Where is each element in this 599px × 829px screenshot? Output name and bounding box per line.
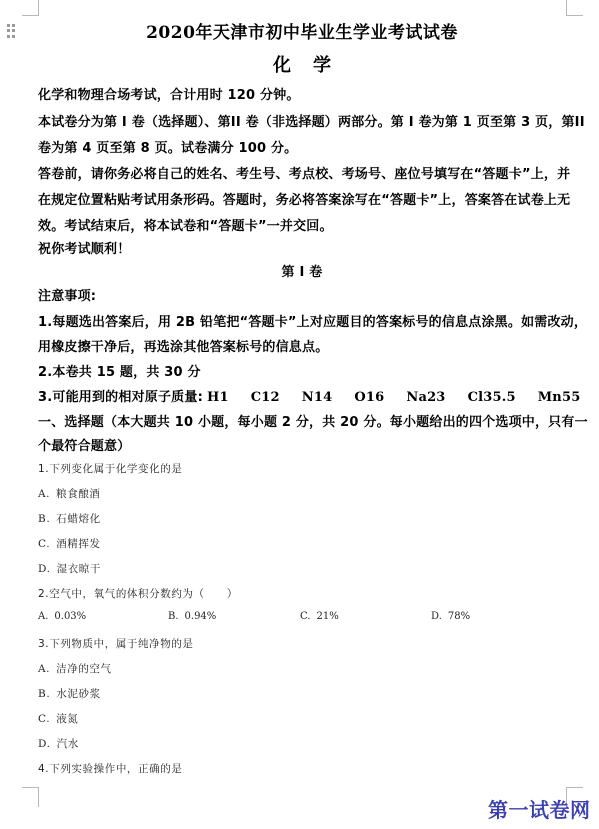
corner-mark-bottom-left: [22, 787, 39, 807]
corner-mark-top-right: [566, 0, 583, 16]
intro-line: 祝你考试顺利！: [38, 238, 130, 257]
option-item: D.湿衣晾干: [38, 561, 101, 576]
option-item: A.0.03%: [38, 611, 86, 622]
subject-title: 化学: [38, 51, 566, 77]
intro-line: 卷为第 4 页至第 8 页。试卷满分 100 分。: [38, 137, 297, 156]
intro-line: 化学和物理合场考试，合计用时 120 分钟。: [38, 84, 300, 103]
note-line: 用橡皮擦干净后，再选涂其他答案标号的信息点。: [38, 336, 328, 355]
atomic-mass-label: 3.可能用到的相对原子质量:: [38, 386, 203, 405]
atomic-mass-row: 3.可能用到的相对原子质量:H1C12N14O16Na23Cl35.5Mn55F…: [38, 386, 599, 405]
question-stem: 3.下列物质中，属于纯净物的是: [38, 636, 194, 651]
notes-title: 注意事项:: [38, 285, 96, 304]
option-item: B.水泥砂浆: [38, 686, 101, 701]
atomic-mass: Cl35.5: [468, 390, 516, 405]
intro-line: 答卷前，请你务必将自己的姓名、考生号、考点校、考场号、座位号填写在“答题卡”上，…: [38, 163, 570, 182]
watermark-logo: 第一试卷网: [488, 794, 591, 823]
atomic-mass: N14: [302, 390, 333, 405]
subject-char: 化: [273, 51, 291, 77]
atomic-mass: Na23: [406, 390, 445, 405]
drag-handle-icon[interactable]: [7, 24, 15, 38]
option-item: C.酒精挥发: [38, 536, 101, 551]
subject-char: 学: [313, 51, 331, 77]
question-stem: 2.空气中，氧气的体积分数约为（ ）: [38, 586, 238, 601]
intro-line: 本试卷分为第 I 卷（选择题）、第II 卷（非选择题）两部分。第 I 卷为第 1…: [38, 111, 585, 130]
question-stem: 4.下列实验操作中，正确的是: [38, 761, 182, 776]
corner-mark-top-left: [22, 0, 39, 16]
option-item: D.78%: [431, 611, 470, 622]
document-title: 2020年天津市初中毕业生学业考试试卷: [38, 18, 566, 43]
option-item: C.液氮: [38, 711, 78, 726]
option-item: B.石蜡熔化: [38, 511, 101, 526]
note-line: 2.本卷共 15 题，共 30 分: [38, 361, 201, 380]
choice-intro-line: 个最符合题意）: [38, 435, 130, 454]
atomic-mass: O16: [354, 390, 384, 405]
note-line: 1.每题选出答案后，用 2B 铅笔把“答题卡”上对应题目的答案标号的信息点涂黑。…: [38, 311, 587, 330]
atomic-mass: Mn55: [538, 390, 581, 405]
option-item: A.洁净的空气: [38, 661, 112, 676]
option-item: B.0.94%: [168, 611, 216, 622]
atomic-mass: C12: [251, 390, 280, 405]
option-item: C.21%: [300, 611, 339, 622]
section-heading: 第 I 卷: [38, 261, 566, 280]
intro-line: 在规定位置粘贴考试用条形码。答题时，务必将答案涂写在“答题卡”上，答案答在试卷上…: [38, 189, 570, 208]
question-stem: 1.下列变化属于化学变化的是: [38, 461, 182, 476]
choice-intro-line: 一、选择题（本大题共 10 小题，每小题 2 分，共 20 分。每小题给出的四个…: [38, 411, 588, 430]
intro-line: 效。考试结束后，将本试卷和“答题卡”一并交回。: [38, 215, 333, 234]
option-item: D.汽水: [38, 736, 79, 751]
option-item: A.粮食酿酒: [38, 486, 101, 501]
atomic-mass: H1: [207, 390, 229, 405]
